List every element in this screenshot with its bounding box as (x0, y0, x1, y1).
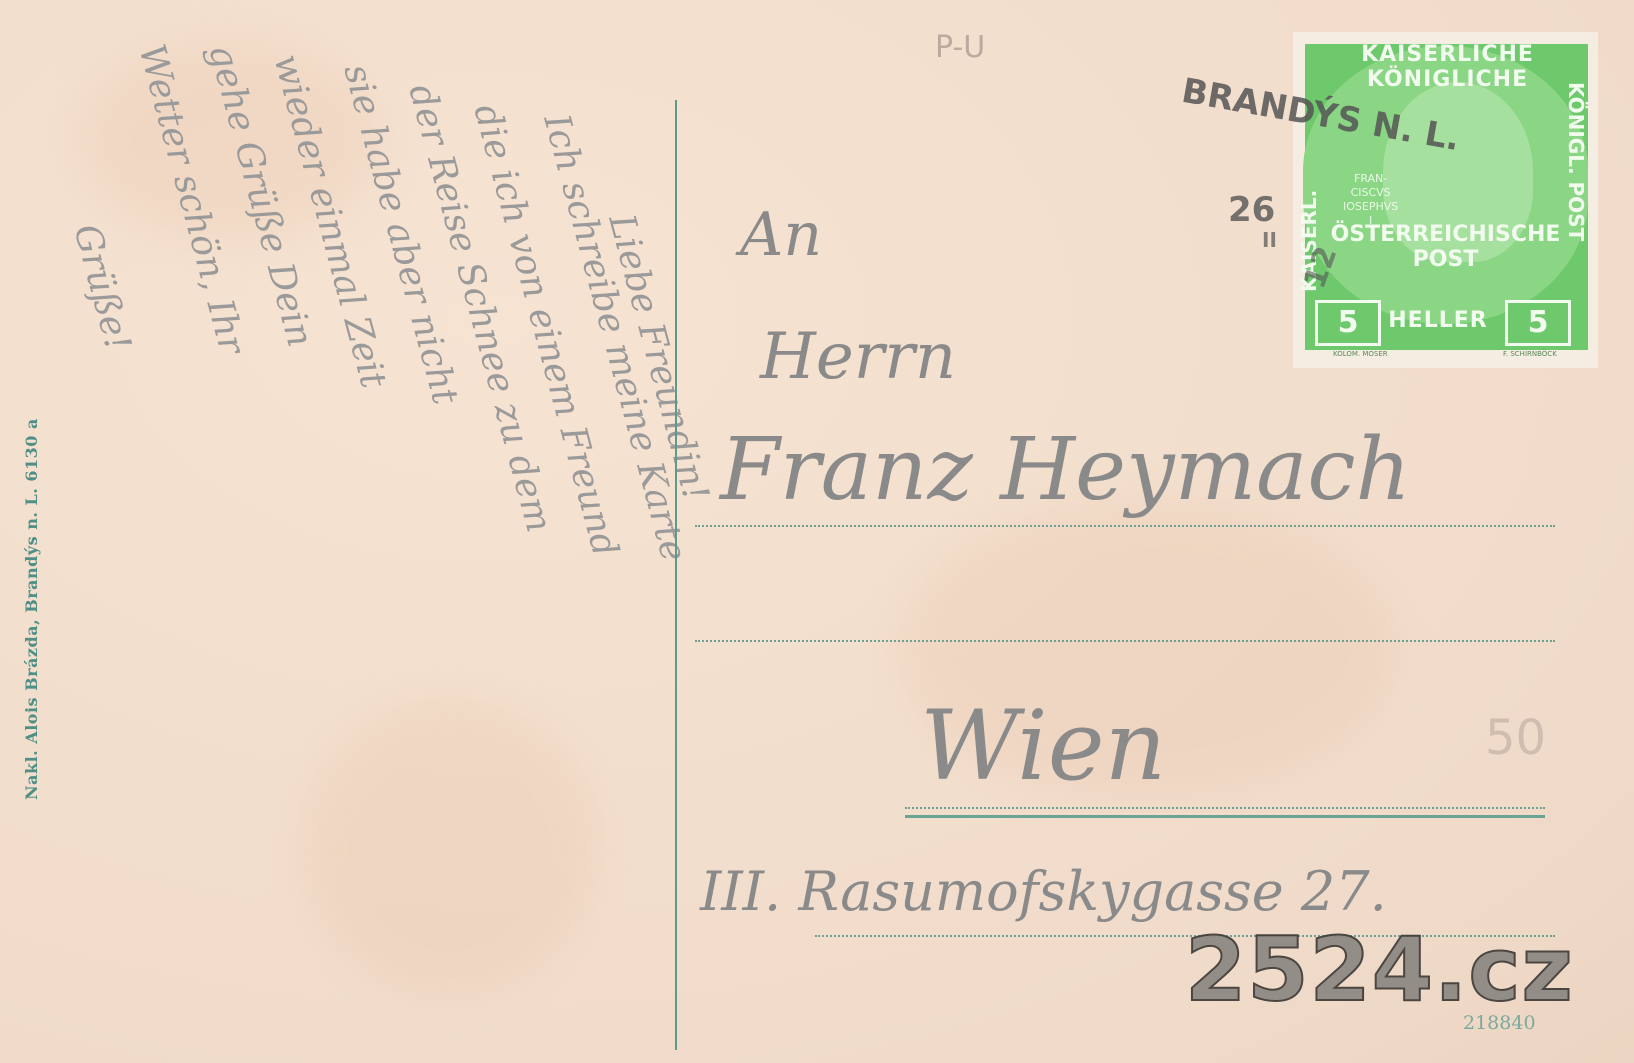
publisher-imprint: Nakl. Alois Brázda, Brandýs n. L. 6130 a (22, 418, 41, 800)
stamp-denomination: HELLER (1383, 308, 1493, 333)
caption-line: FRAN- (1343, 172, 1398, 186)
address-street: III. Rasumofskygasse 27. (700, 860, 1387, 923)
postcard-back: Nakl. Alois Brázda, Brandýs n. L. 6130 a… (0, 0, 1634, 1063)
stamp-value-right: 5 (1505, 300, 1571, 346)
stamp-right-text: KÖNIGL. POST (1564, 82, 1588, 302)
address-name: Franz Heymach (720, 420, 1411, 520)
address-line-solid (905, 815, 1545, 818)
stamp-designer-right: F. SCHIRNBÖCK (1503, 350, 1557, 358)
address-city: Wien (920, 690, 1166, 802)
address-title: Herrn (760, 320, 956, 394)
postage-stamp: FRAN- CISCVS IOSEPHVS I KAISERLICHE KÖNI… (1293, 32, 1598, 368)
pencil-note-top: P-U (935, 30, 985, 65)
stamp-designer-left: KOLOM. MOSER (1333, 350, 1388, 358)
caption-line: CISCVS (1343, 186, 1398, 200)
stamp-bottom-text: ÖSTERREICHISCHE POST (1323, 222, 1568, 272)
address-line-dotted (695, 640, 1555, 642)
portrait-caption: FRAN- CISCVS IOSEPHVS I (1343, 172, 1398, 228)
address-line-dotted (695, 525, 1555, 527)
postmark-day: 26 (1228, 190, 1275, 230)
center-divider-line (675, 100, 677, 1050)
serial-number: 218840 (1463, 1012, 1536, 1034)
paper-stain (300, 700, 600, 1000)
address-line-dotted (905, 807, 1545, 809)
stamp-value-left: 5 (1315, 300, 1381, 346)
postmark-month: II (1262, 228, 1277, 252)
stamp-top-text: KAISERLICHE KÖNIGLICHE (1305, 42, 1590, 92)
address-salutation: An (740, 200, 822, 270)
site-watermark: 2524.cz (1185, 918, 1574, 1021)
caption-line: IOSEPHVS (1343, 200, 1398, 214)
message-line: Grüße! (65, 220, 138, 355)
pencil-note-right: 50 (1485, 710, 1546, 766)
